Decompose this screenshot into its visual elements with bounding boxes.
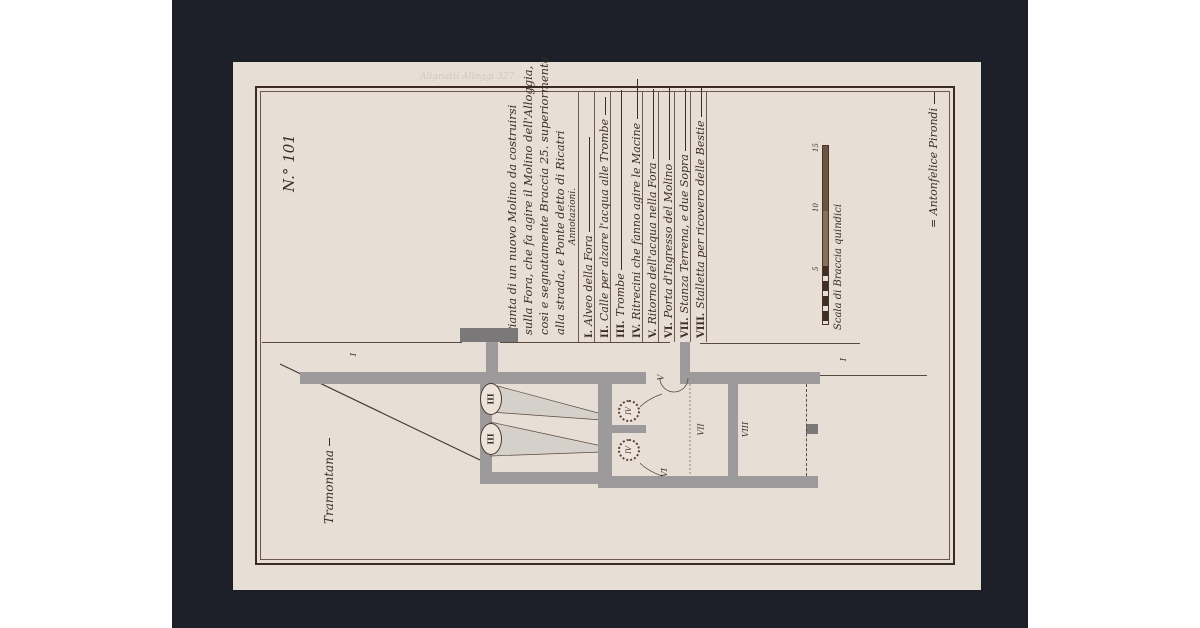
legend-rule	[594, 92, 595, 342]
legend-rule	[658, 92, 659, 342]
plan-label-channel: I	[839, 358, 848, 361]
plan-label-stable: VIII	[741, 422, 750, 437]
legend-rule	[610, 92, 611, 342]
mill-wheel: IV	[618, 400, 640, 422]
legend-rule	[674, 92, 675, 342]
scale-bar	[822, 145, 829, 325]
outflow-wall	[680, 342, 690, 372]
channel-line-right	[700, 343, 860, 344]
weir-block	[460, 328, 518, 342]
mill-wheel: IV	[618, 439, 640, 461]
trumpet-oval: III	[480, 383, 502, 415]
trumpet-oval: III	[480, 423, 502, 455]
mill-wall-left	[598, 372, 612, 488]
plan-label-room: VII	[697, 423, 706, 435]
channel-line-top	[262, 342, 462, 343]
faint-header-annotation: Alignatti Alloggi 327	[420, 72, 514, 82]
legend-rule	[690, 92, 691, 342]
legend-annotations-heading: Annotazioni.	[564, 188, 583, 245]
scale-tick-5: 5	[812, 267, 820, 271]
mill-wall-top	[598, 372, 646, 384]
canal-wall-top	[300, 372, 600, 384]
stable-dashed-line	[806, 384, 808, 476]
trumpet-funnels	[490, 384, 602, 472]
scale-tick-10: 10	[812, 203, 820, 212]
sheet-number: N.° 101	[280, 134, 298, 192]
legend-item: III.Trombe	[614, 90, 627, 338]
legend-rule	[706, 92, 707, 342]
chamber-wall-bottom	[480, 472, 610, 484]
scale-tick-15: 15	[812, 143, 820, 152]
mill-arches	[640, 372, 740, 488]
plan-label-door: VI	[660, 468, 669, 477]
channel-line-top	[500, 342, 670, 343]
legend-rule	[642, 92, 643, 342]
plan-label-channel: I	[349, 353, 358, 356]
signature: = Antonfelice Pirondi	[927, 92, 940, 228]
plan-label-outflow: V	[656, 375, 665, 381]
sluice-wall	[486, 342, 498, 372]
legend-rule	[578, 92, 579, 342]
scale-label: Scala di Braccia quindici	[833, 204, 844, 330]
